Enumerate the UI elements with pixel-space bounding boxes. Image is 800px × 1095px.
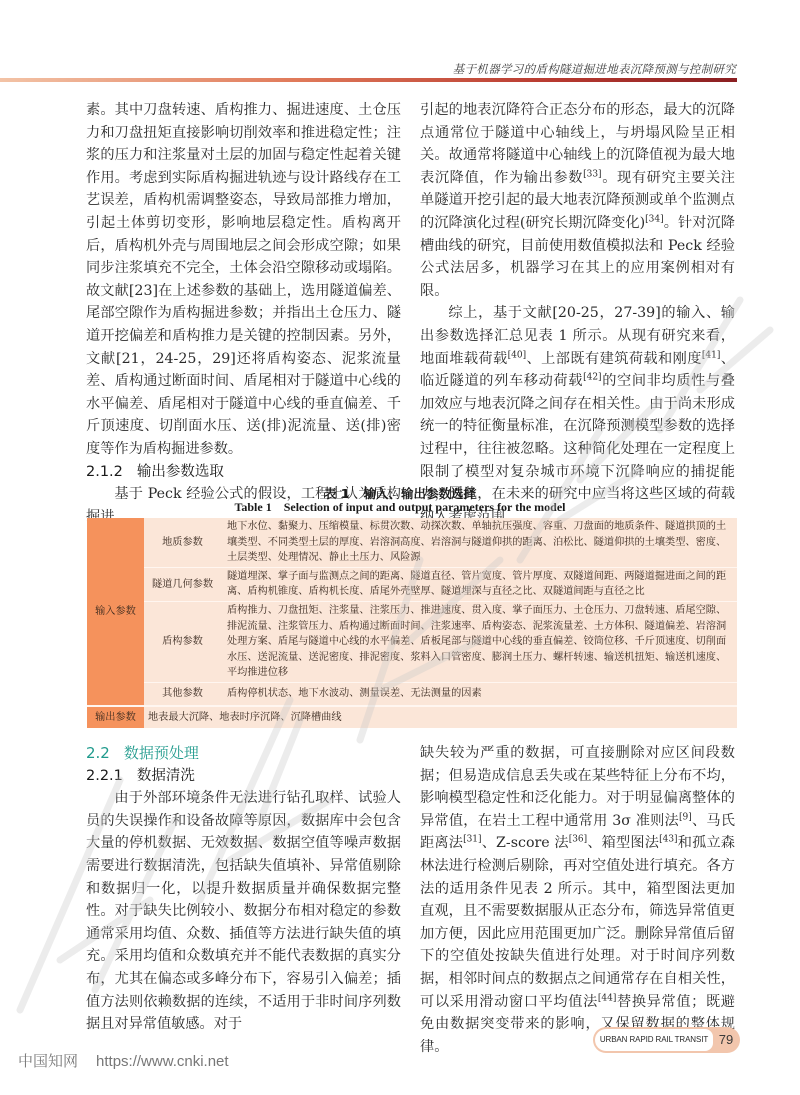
subsection-heading-2-1-2: 2.1.2输出参数选取 [86,461,401,484]
heading-number: 2.1.2 [86,464,123,480]
source-watermark: 中国知网https://www.cnki.net [18,1050,229,1071]
table-input-output-parameters: 输入参数 地质参数 地下水位、黏聚力、压缩模量、标贯次数、动探次数、单轴抗压强度… [87,518,737,728]
table-caption-en: Table 1 Selection of input and output pa… [0,500,800,515]
category-cell: 地质参数 [144,518,221,567]
running-header: 基于机器学习的盾构隧道掘进地表沉降预测与控制研究 [400,58,736,77]
section-heading-2-2: 2.2数据预处理 [86,742,401,765]
category-cell: 其他参数 [144,682,221,706]
params-cell: 地下水位、黏聚力、压缩模量、标贯次数、动探次数、单轴抗压强度、容重、刀盘面的地质… [221,518,737,567]
category-cell: 隧道几何参数 [144,567,221,601]
paragraph: 由于外部环境条件无法进行钻孔取样、试验人员的失误操作和设备故障等原因，数据库中会… [86,787,401,1036]
params-cell: 隧道埋深、掌子面与监测点之间的距离、隧道直径、管片宽度、管片厚度、双隧道间距、两… [221,567,737,601]
table-row: 输入参数 地质参数 地下水位、黏聚力、压缩模量、标贯次数、动探次数、单轴抗压强度… [87,518,737,567]
citation: [9] [679,812,692,822]
table-row: 其他参数 盾构停机状态、地下水波动、测量误差、无法测量的因素 [87,682,737,706]
right-column-bottom: 缺失较为严重的数据，可直接删除对应区间段数据；但易造成信息丢失或在某些特征上分布… [420,742,735,1058]
output-params-cell: 地表最大沉降、地表时序沉降、沉降槽曲线 [144,706,737,728]
running-title: 基于机器学习的盾构隧道掘进地表沉降预测与控制研究 [453,62,736,76]
citation: [44] [598,993,616,1003]
citation: [40] [508,350,526,360]
group-cell-input: 输入参数 [87,518,144,706]
params-cell: 盾构停机状态、地下水波动、测量误差、无法测量的因素 [221,682,737,706]
group-cell-output: 输出参数 [87,706,144,728]
heading-title: 数据清洗 [137,768,195,784]
citation: [33] [583,169,601,179]
page-number: 79 [715,1027,737,1053]
params-cell: 盾构推力、刀盘扭矩、注浆量、注浆压力、推进速度、贯入度、掌子面压力、土仓压力、刀… [221,601,737,682]
citation: [34] [645,214,663,224]
citation: [41] [702,350,720,360]
table-row-output: 输出参数 地表最大沉降、地表时序沉降、沉降槽曲线 [87,706,737,728]
table-row: 盾构参数 盾构推力、刀盘扭矩、注浆量、注浆压力、推进速度、贯入度、掌子面压力、土… [87,601,737,682]
paragraph: 素。其中刀盘转速、盾构推力、掘进速度、土仓压力和刀盘扭矩直接影响切削效率和推进稳… [86,99,401,461]
header-divider [0,78,737,82]
right-column-top: 引起的地表沉降符合正态分布的形态，最大的沉降点通常位于隧道中心轴线上，与坍塌风险… [420,99,735,528]
heading-title: 输出参数选取 [137,464,224,480]
paragraph: 引起的地表沉降符合正态分布的形态，最大的沉降点通常位于隧道中心轴线上，与坍塌风险… [420,99,735,302]
left-column-bottom: 2.2数据预处理 2.2.1数据清洗 由于外部环境条件无法进行钻孔取样、试验人员… [86,742,401,1036]
citation: [31] [463,835,481,845]
citation: [43] [659,835,677,845]
journal-footer-badge: URBAN RAPID RAIL TRANSIT 79 [593,1027,740,1053]
citation: [42] [583,372,601,382]
heading-title: 数据预处理 [124,744,199,762]
paragraph: 缺失较为严重的数据，可直接删除对应区间段数据；但易造成信息丢失或在某些特征上分布… [420,742,735,1058]
subsection-heading-2-2-1: 2.2.1数据清洗 [86,765,401,788]
citation: [36] [569,835,587,845]
journal-name: URBAN RAPID RAIL TRANSIT [595,1029,713,1051]
source-url[interactable]: https://www.cnki.net [96,1053,229,1070]
source-name: 中国知网 [18,1052,78,1070]
heading-number: 2.2.1 [86,768,123,784]
left-column-top: 素。其中刀盘转速、盾构推力、掘进速度、土仓压力和刀盘扭矩直接影响切削效率和推进稳… [86,99,401,528]
heading-number: 2.2 [86,744,110,762]
table-row: 隧道几何参数 隧道埋深、掌子面与监测点之间的距离、隧道直径、管片宽度、管片厚度、… [87,567,737,601]
category-cell: 盾构参数 [144,601,221,682]
